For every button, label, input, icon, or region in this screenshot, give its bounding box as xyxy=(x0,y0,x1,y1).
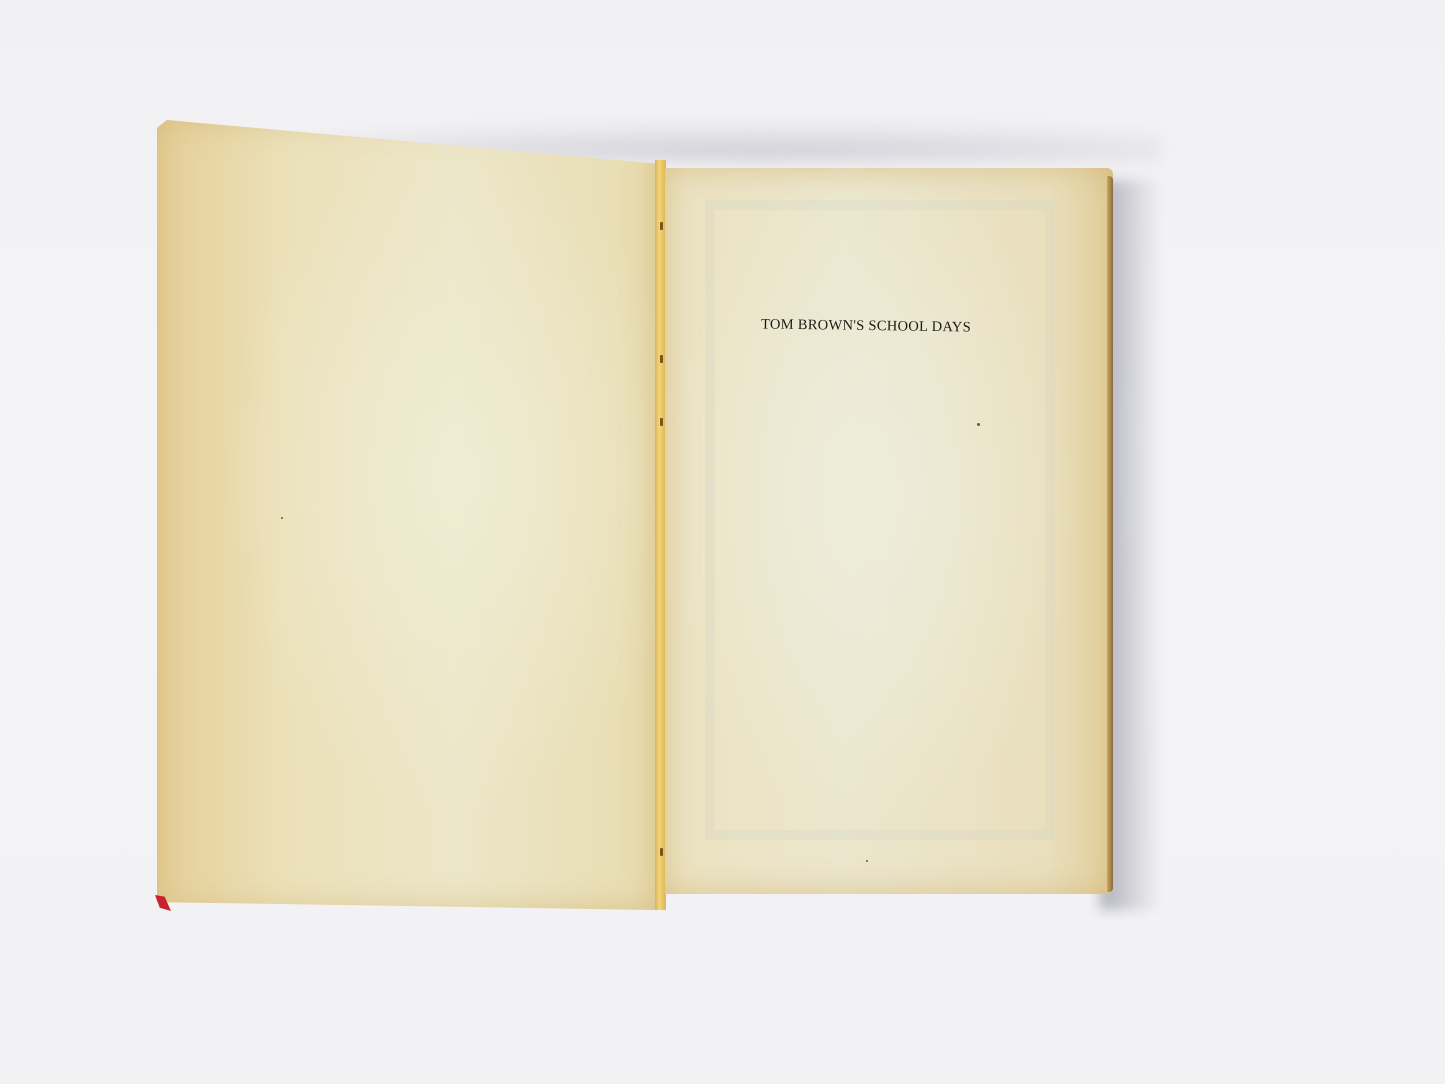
page-block-edge xyxy=(1107,176,1113,892)
show-through-frame xyxy=(705,200,1055,840)
binding-stitch xyxy=(660,222,663,230)
paper-speck xyxy=(866,860,868,862)
binding-stitch xyxy=(660,355,663,363)
book-title: TOM BROWN'S SCHOOL DAYS xyxy=(761,317,971,337)
paper-speck xyxy=(281,517,283,519)
binding-stitch xyxy=(660,418,663,426)
photo-scene: TOM BROWN'S SCHOOL DAYS xyxy=(0,0,1445,1084)
paper-speck xyxy=(977,423,980,426)
left-page xyxy=(157,120,655,910)
binding-stitch xyxy=(660,848,663,856)
